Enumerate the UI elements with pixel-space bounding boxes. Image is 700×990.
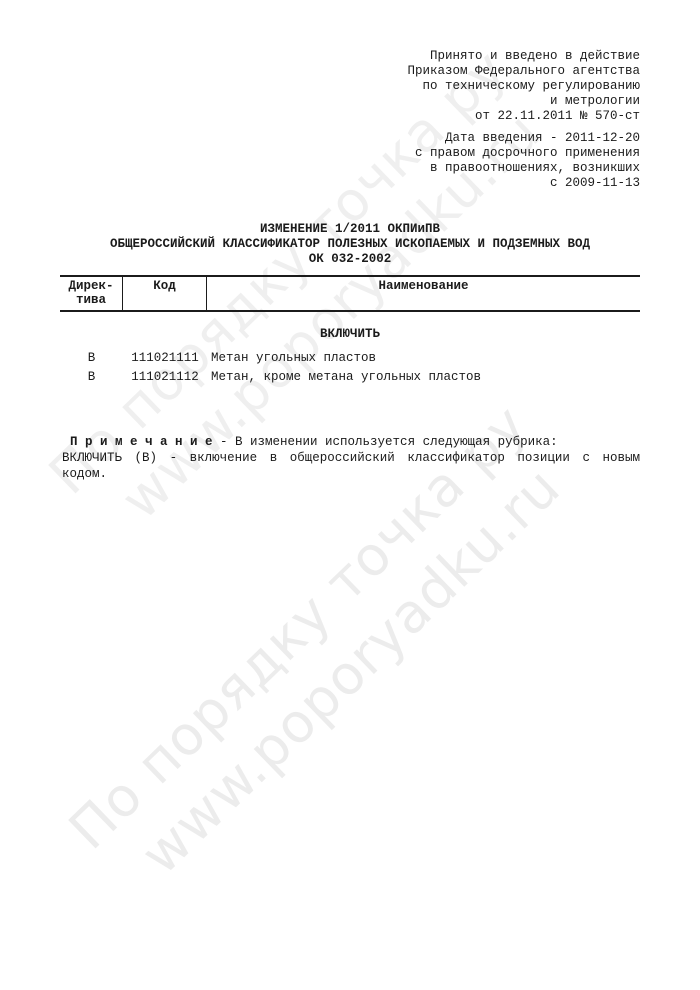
introduction-line: с правом досрочного применения bbox=[415, 146, 640, 161]
table-row: В 111021112 Метан, кроме метана угольных… bbox=[60, 370, 640, 384]
cell-directive: В bbox=[60, 370, 123, 384]
adoption-line: и метрологии bbox=[407, 94, 640, 109]
note-block: П р и м е ч а н и е - В изменении исполь… bbox=[62, 434, 640, 482]
column-header-code: Код bbox=[123, 277, 207, 310]
note-body-line: кодом. bbox=[62, 466, 640, 482]
introduction-line: Дата введения - 2011-12-20 bbox=[415, 131, 640, 146]
note-text: - В изменении используется следующая руб… bbox=[213, 435, 558, 449]
title-change-number: ИЗМЕНЕНИЕ 1/2011 ОКПИиПВ bbox=[0, 222, 700, 237]
document-title: ИЗМЕНЕНИЕ 1/2011 ОКПИиПВ ОБЩЕРОССИЙСКИЙ … bbox=[0, 222, 700, 267]
introduction-block: Дата введения - 2011-12-20 с правом доср… bbox=[415, 131, 640, 191]
column-header-directive-line2: тива bbox=[60, 293, 122, 307]
adoption-line: Принято и введено в действие bbox=[407, 49, 640, 64]
column-header-directive-line1: Дирек- bbox=[60, 279, 122, 293]
document-content: Принято и введено в действие Приказом Фе… bbox=[0, 0, 700, 990]
document-page: По порядку точка ру www.poporyadku.ru По… bbox=[0, 0, 700, 990]
table-row: В 111021111 Метан угольных пластов bbox=[60, 351, 640, 365]
title-classifier-name: ОБЩЕРОССИЙСКИЙ КЛАССИФИКАТОР ПОЛЕЗНЫХ ИС… bbox=[0, 237, 700, 252]
section-include-label: ВКЛЮЧИТЬ bbox=[60, 327, 640, 341]
cell-code: 111021112 bbox=[123, 370, 207, 384]
cell-directive: В bbox=[60, 351, 123, 365]
cell-code: 111021111 bbox=[123, 351, 207, 365]
cell-name: Метан угольных пластов bbox=[207, 351, 640, 365]
note-label: П р и м е ч а н и е bbox=[70, 435, 213, 449]
column-header-directive: Дирек- тива bbox=[60, 277, 123, 310]
title-classifier-code: ОК 032-2002 bbox=[0, 252, 700, 267]
adoption-block: Принято и введено в действие Приказом Фе… bbox=[407, 49, 640, 124]
introduction-line: с 2009-11-13 bbox=[415, 176, 640, 191]
adoption-line: Приказом Федерального агентства bbox=[407, 64, 640, 79]
introduction-line: в правоотношениях, возникших bbox=[415, 161, 640, 176]
note-heading-line: П р и м е ч а н и е - В изменении исполь… bbox=[62, 434, 640, 450]
adoption-line: по техническому регулированию bbox=[407, 79, 640, 94]
adoption-line: от 22.11.2011 № 570-ст bbox=[407, 109, 640, 124]
note-body-line: ВКЛЮЧИТЬ (В) - включение в общероссийски… bbox=[62, 450, 640, 466]
table-header: Дирек- тива Код Наименование bbox=[60, 275, 640, 312]
cell-name: Метан, кроме метана угольных пластов bbox=[207, 370, 640, 384]
column-header-name: Наименование bbox=[207, 277, 640, 310]
